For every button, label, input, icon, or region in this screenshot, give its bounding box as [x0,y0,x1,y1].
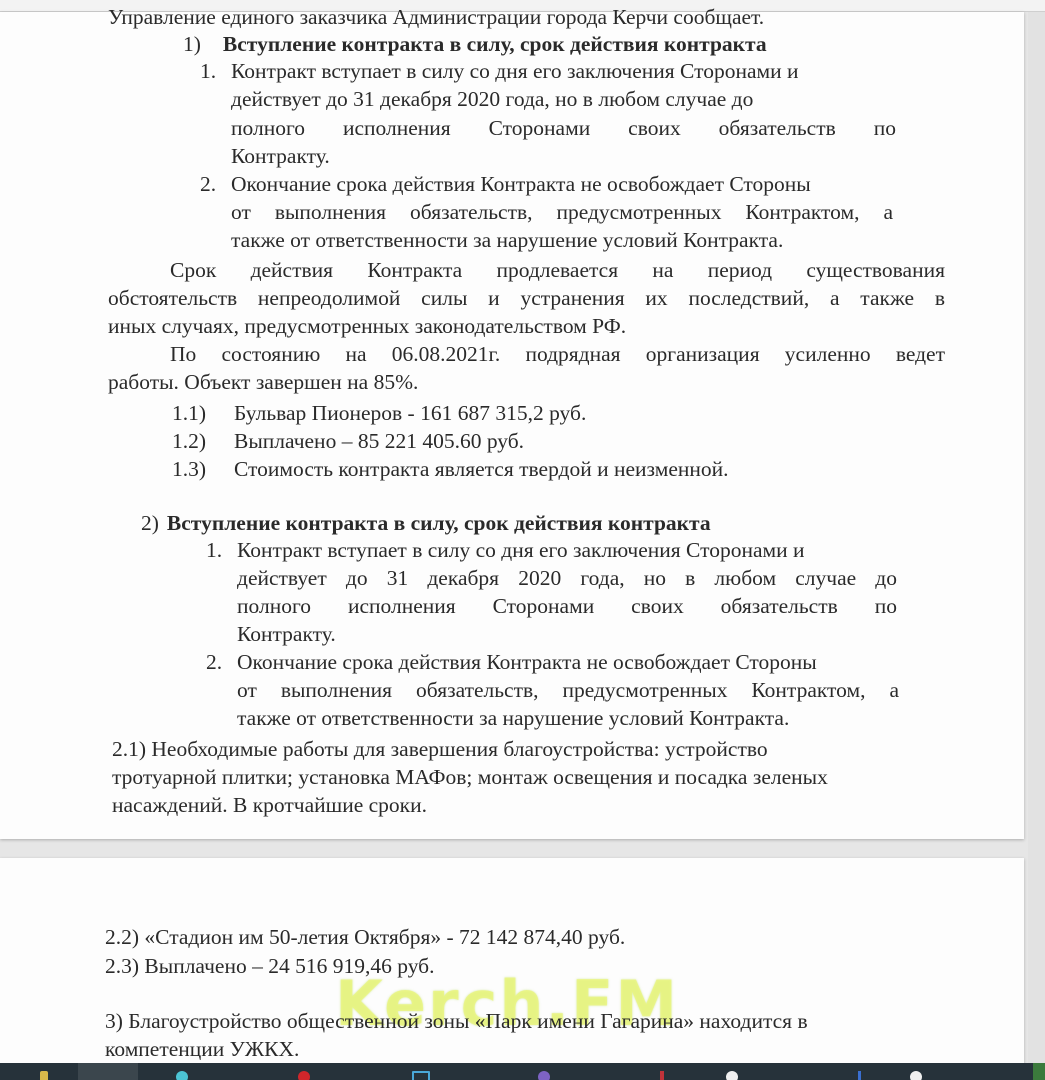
vertical-scrollbar[interactable] [1028,12,1045,1063]
s1-item2-line2: от выполнения обязательств, предусмотрен… [231,199,893,225]
works-line2: тротуарной плитки; установка МАФов; монт… [112,764,828,790]
s2-item1-line4: Контракту. [237,621,336,647]
extension-line2: обстоятельств непреодолимой силы и устра… [108,285,945,311]
subitem-1-2-number: 1.2) [172,428,206,454]
s2-item1-line2: действует до 31 декабря 2020 года, но в … [237,565,897,591]
app-blue-icon[interactable] [858,1071,861,1080]
messenger-icon[interactable] [538,1071,550,1080]
s1-item2-line3: также от ответственности за нарушение ус… [231,227,783,253]
subitem-1-2-text: Выплачено – 85 221 405.60 руб. [234,428,524,454]
section1-number: 1) [183,32,201,56]
s1-item2-line1: Окончание срока действия Контракта не ос… [231,171,811,197]
extension-line1: Срок действия Контракта продлевается на … [170,257,945,283]
intro-line: Управление единого заказчика Администрац… [108,4,764,30]
taskbar-active-app[interactable] [78,1063,138,1080]
s2-item1-number: 1. [206,537,222,563]
show-desktop-button[interactable] [1033,1063,1045,1080]
app-red-icon[interactable] [660,1071,664,1080]
taskbar [0,1063,1045,1080]
section2-heading-text: Вступление контракта в силу, срок действ… [167,511,711,535]
s1-item1-line2: действует до 31 декабря 2020 года, но в … [231,86,891,112]
section1-heading-text: Вступление контракта в силу, срок действ… [223,32,767,56]
s1-item1-line3: полного исполнения Сторонами своих обяза… [231,115,896,141]
s1-item2-number: 2. [200,171,216,197]
s1-item1-number: 1. [200,58,216,84]
stadium-paid-line: 2.3) Выплачено – 24 516 919,46 руб. [105,953,434,979]
file-explorer-icon[interactable] [40,1071,48,1080]
section2-heading: 2)Вступление контракта в силу, срок дейс… [141,510,711,536]
s2-item2-line1: Окончание срока действия Контракта не ос… [237,649,817,675]
s1-item1-line4: Контракту. [231,143,330,169]
subitem-1-1-number: 1.1) [172,400,206,426]
subitem-1-3-number: 1.3) [172,456,206,482]
s1-item1-line1: Контракт вступает в силу со дня его закл… [231,58,799,84]
s2-item2-line3: также от ответственности за нарушение ус… [237,705,789,731]
app-white-icon-2[interactable] [910,1071,922,1080]
status-line1: По состоянию на 06.08.2021г. подрядная о… [170,341,945,367]
s2-item2-line2: от выполнения обязательств, предусмотрен… [237,677,899,703]
subitem-1-3-text: Стоимость контракта является твердой и н… [234,456,729,482]
s2-item1-line1: Контракт вступает в силу со дня его закл… [237,537,805,563]
section3-line1: 3) Благоустройство общественной зоны «Па… [105,1008,808,1034]
opera-icon[interactable] [298,1071,310,1080]
s2-item1-line3: полного исполнения Сторонами своих обяза… [237,593,897,619]
app-white-icon[interactable] [726,1071,738,1080]
section1-heading: 1)Вступление контракта в силу, срок дейс… [183,31,767,57]
browser-icon[interactable] [176,1071,188,1080]
status-line2: работы. Объект завершен на 85%. [108,369,418,395]
s2-item2-number: 2. [206,649,222,675]
stadium-line: 2.2) «Стадион им 50-летия Октября» - 72 … [105,924,625,950]
works-line3: насаждений. В кротчайшие сроки. [112,792,427,818]
subitem-1-1-text: Бульвар Пионеров - 161 687 315,2 руб. [234,400,586,426]
works-line1: 2.1) Необходимые работы для завершения б… [112,736,768,762]
extension-line3: иных случаях, предусмотренных законодате… [108,313,626,339]
section3-line2: компетенции УЖКХ. [105,1036,299,1062]
section2-number: 2) [141,511,159,535]
monitor-icon[interactable] [412,1071,430,1080]
